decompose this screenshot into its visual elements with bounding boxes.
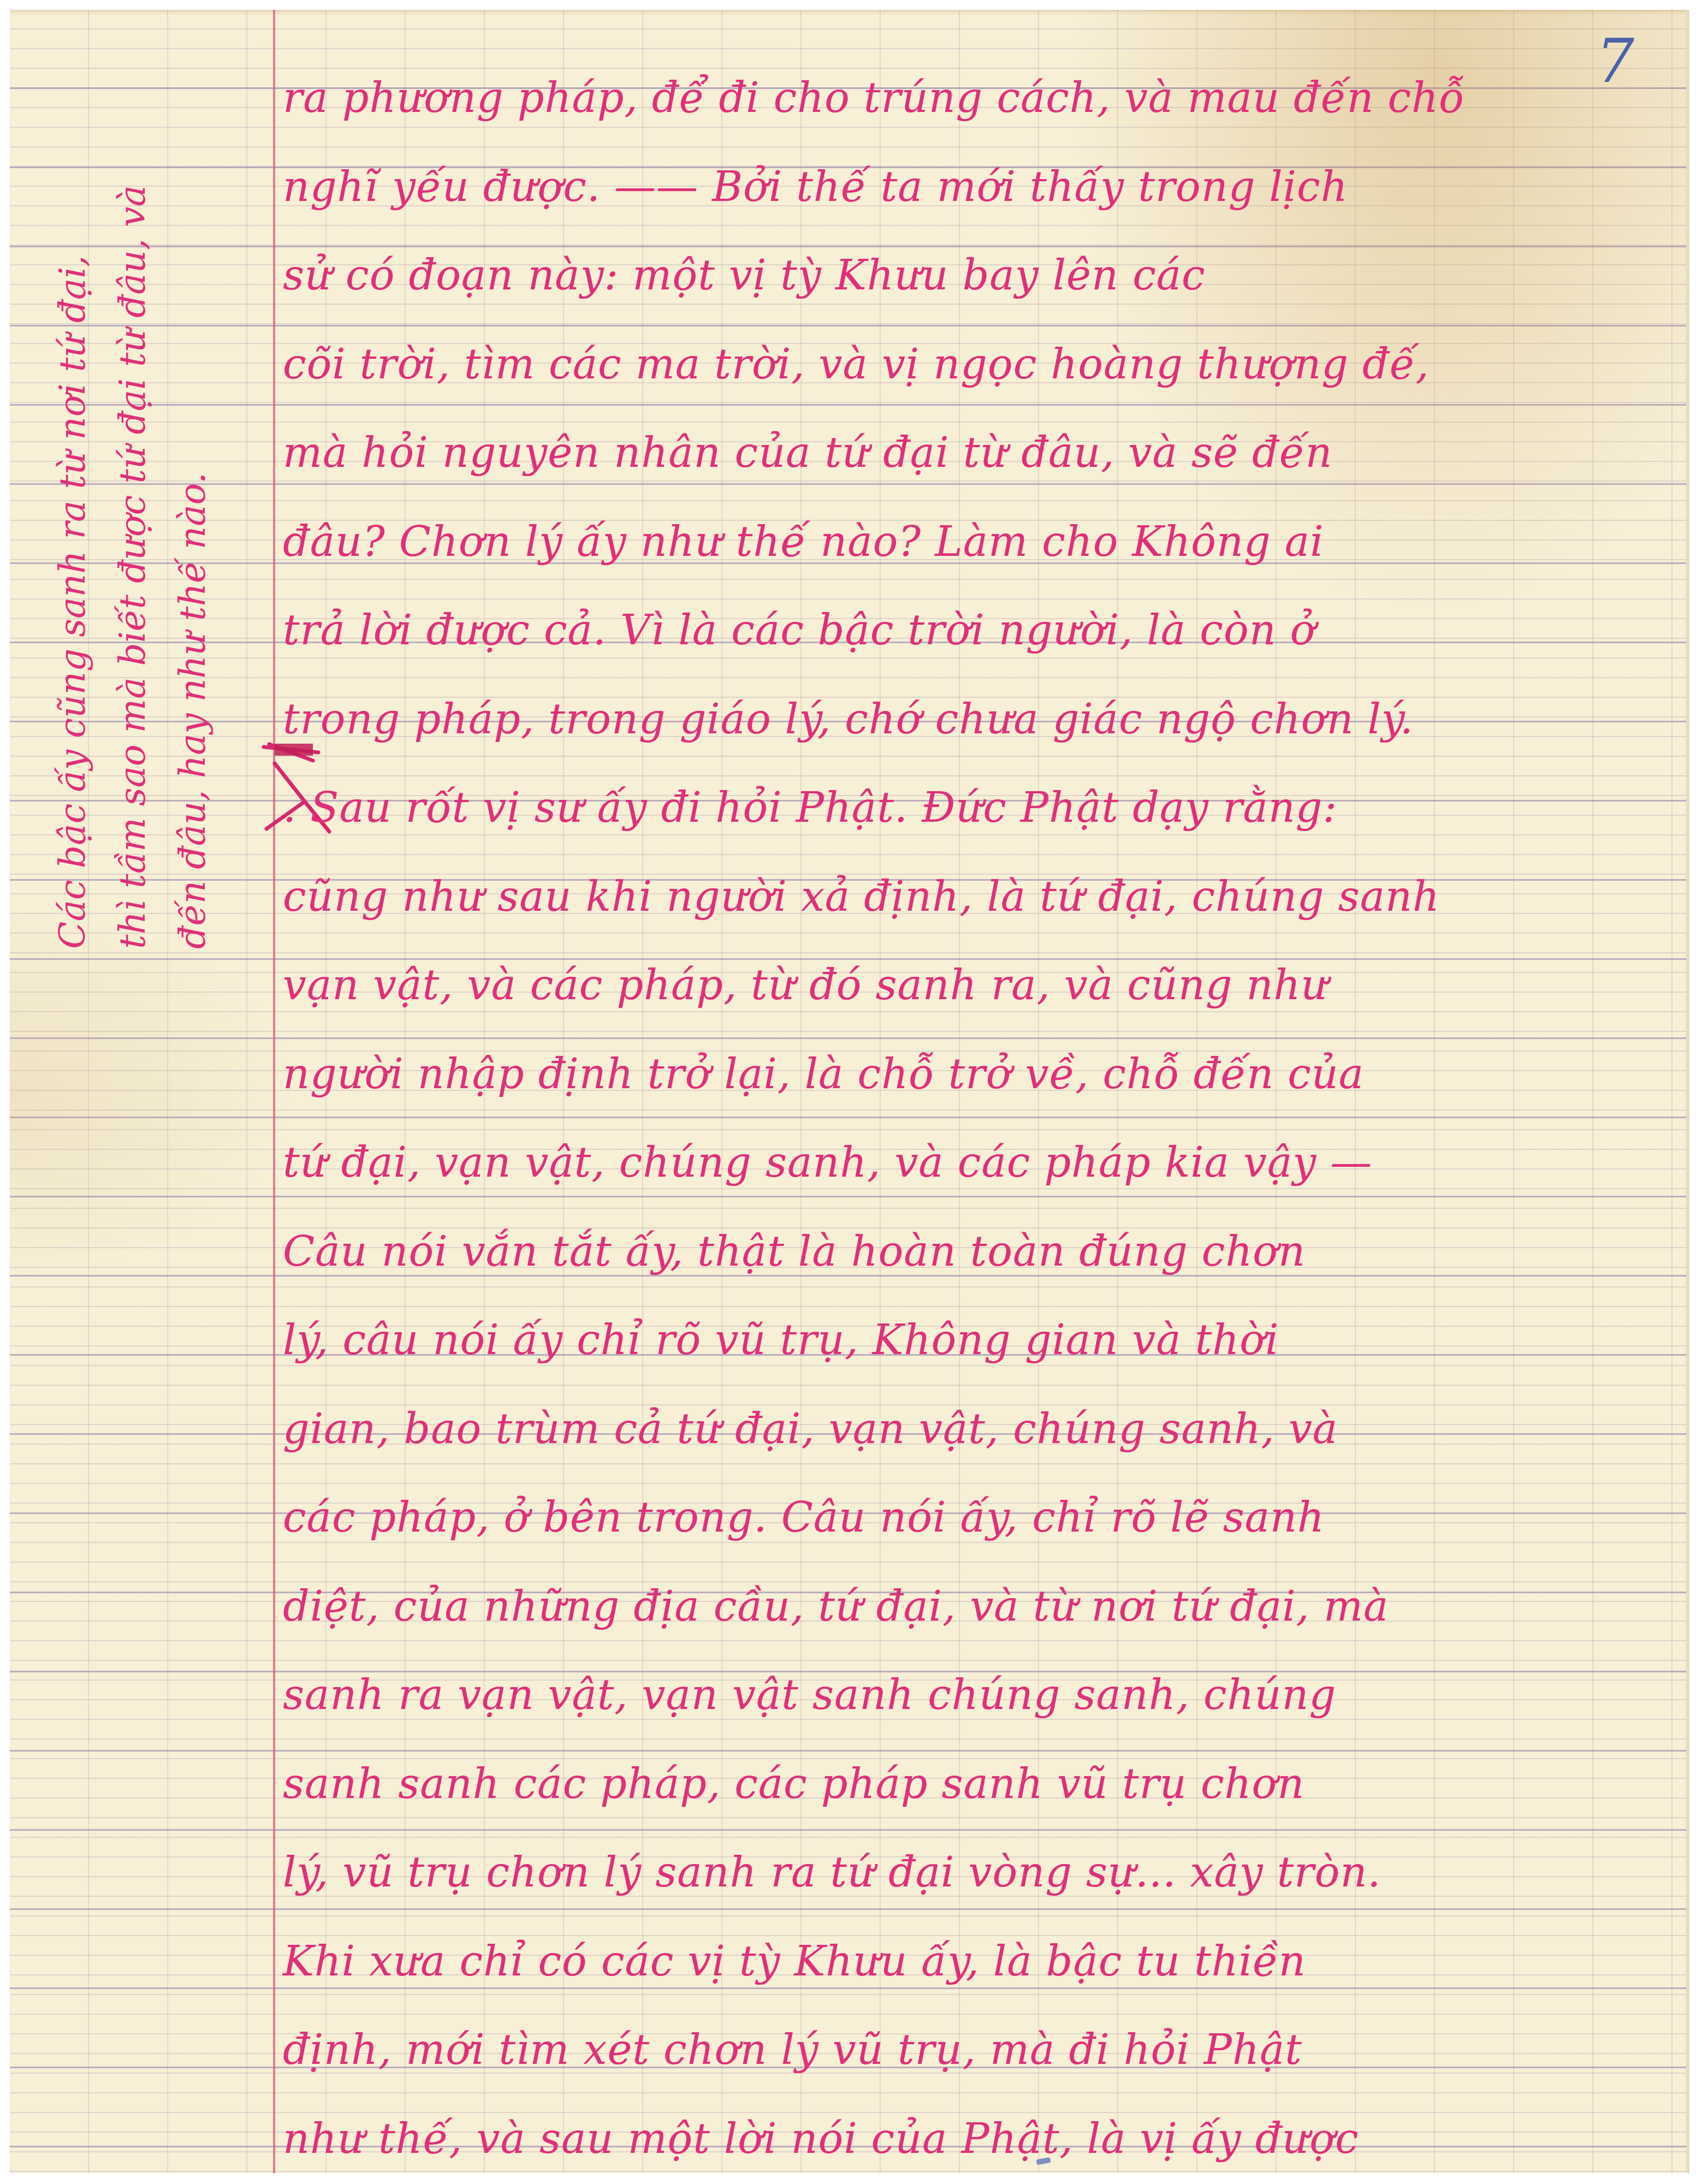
text-line: cũng như sau khi người xả định, là tứ đạ… [283,852,1673,941]
text-line: sử có đoạn này: một vị tỳ Khưu bay lên c… [283,231,1673,320]
text-line: sanh sanh các pháp, các pháp sanh vũ trụ… [283,1740,1673,1829]
text-line: đâu? Chơn lý ấy như thế nào? Làm cho Khô… [283,497,1673,586]
text-line: . Sau rốt vị sư ấy đi hỏi Phật. Đức Phật… [283,763,1673,852]
text-line: lý, câu nói ấy chỉ rõ vũ trụ, Không gian… [283,1296,1673,1385]
text-line: như thế, và sau một lời nói của Phật, là… [283,2094,1673,2183]
text-line: cõi trời, tìm các ma trời, và vị ngọc ho… [283,320,1673,409]
margin-rule [273,10,275,2173]
text-line: người nhập định trở lại, là chỗ trở về, … [283,1030,1673,1119]
text-line: trả lời được cả. Vì là các bậc trời ngườ… [283,586,1673,675]
margin-note: Các bậc ấy cũng sanh ra từ nơi tứ đại, t… [43,185,223,949]
text-line: diệt, của những địa cầu, tứ đại, và từ n… [283,1562,1673,1651]
text-line: Câu nói vắn tắt ấy, thật là hoàn toàn đú… [283,1207,1673,1296]
text-line: các pháp, ở bên trong. Câu nói ấy, chỉ r… [283,1473,1673,1562]
text-line: ra phương pháp, để đi cho trúng cách, và… [283,54,1673,143]
notebook-page: 7 Các bậc ấy cũng sanh ra từ nơi tứ đại,… [10,10,1689,2173]
text-line: lý, vũ trụ chơn lý sanh ra tứ đại vòng s… [283,1828,1673,1917]
text-line: nghĩ yếu được. —— Bởi thế ta mới thấy tr… [283,143,1673,232]
text-line: gian, bao trùm cả tứ đại, vạn vật, chúng… [283,1385,1673,1474]
text-line: sanh ra vạn vật, vạn vật sanh chúng sanh… [283,1651,1673,1740]
handwritten-body: ra phương pháp, để đi cho trúng cách, và… [283,54,1673,2183]
text-line: vạn vật, và các pháp, từ đó sanh ra, và … [283,941,1673,1030]
text-line: định, mới tìm xét chơn lý vũ trụ, mà đi … [283,2005,1673,2094]
margin-note-line: đến đâu, hay như thế nào. [163,185,223,949]
text-line: mà hỏi nguyên nhân của tứ đại từ đâu, và… [283,408,1673,497]
text-line: trong pháp, trong giáo lý, chớ chưa giác… [283,675,1673,764]
text-line: Khi xưa chỉ có các vị tỳ Khưu ấy, là bậc… [283,1917,1673,2006]
text-line: tứ đại, vạn vật, chúng sanh, và các pháp… [283,1118,1673,1207]
margin-note-line: thì tầm sao mà biết được tứ đại từ đâu, … [103,185,163,949]
margin-note-line: Các bậc ấy cũng sanh ra từ nơi tứ đại, [43,185,103,949]
